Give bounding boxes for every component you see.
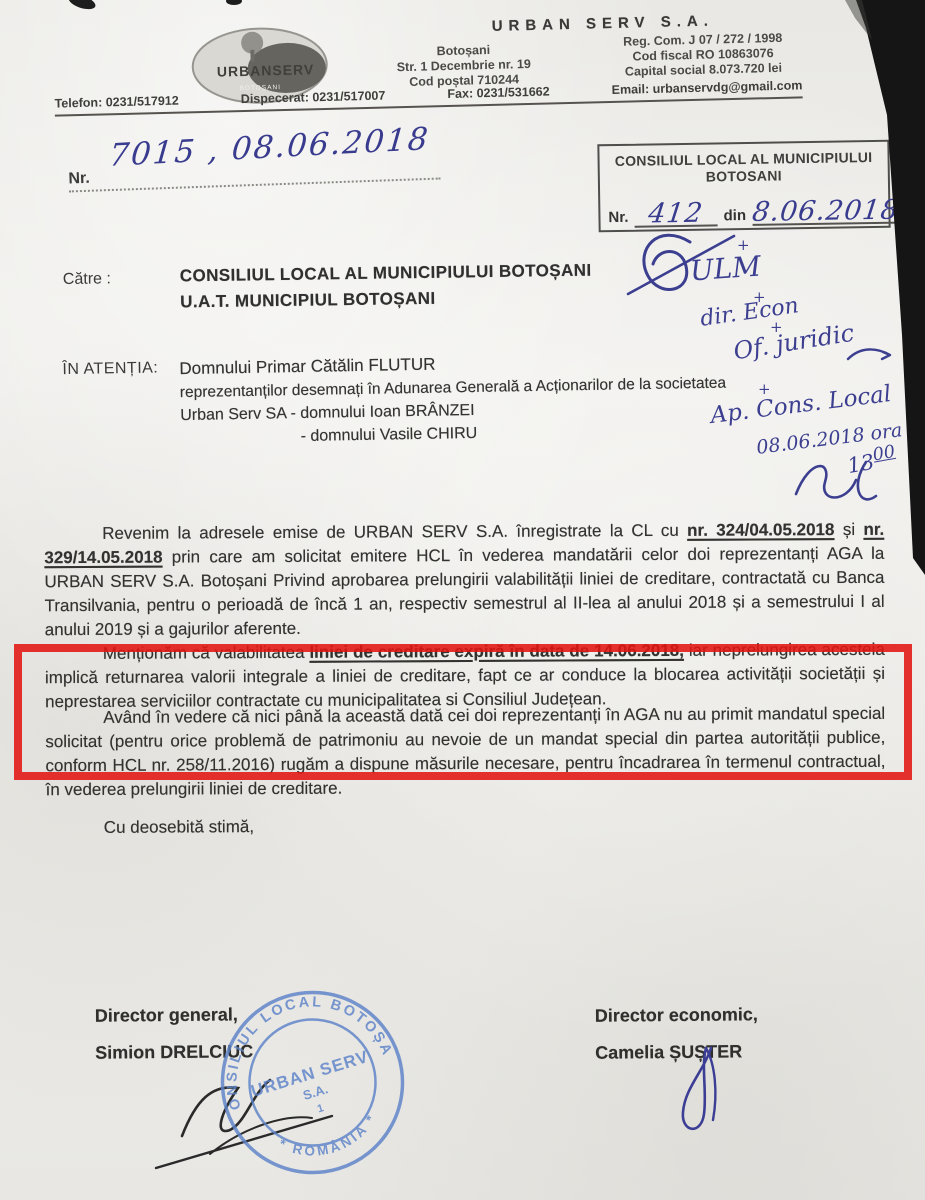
stamp-arc-bottom-text: * ROMÂNIA * [273,1107,386,1171]
right-signer-title: Director economic, [595,1004,758,1026]
company-address: Botoșani Str. 1 Decembrie nr. 19 Cod poș… [373,41,554,90]
stamp-nr-label: Nr. [608,209,628,228]
nr-label: Nr. [68,170,90,189]
director-economic-signature-icon [655,1042,747,1147]
stamp-center-line3: 1 [316,1102,325,1115]
stamp-nr-value: 412 [647,198,705,230]
curved-arrow-icon [846,345,894,367]
email-address: Email: urbanservdg@gmail.com [612,78,803,97]
fax-number: Fax: 0231/531662 [447,85,549,101]
paragraph-3: Având în vedere că nici până la această … [45,702,885,802]
scanned-letter: URBANSERV BOTOȘANI URBAN SERV S.A. Botoș… [0,0,925,1200]
closing-line: Cu deosebită stimă, [46,812,886,840]
registration-stamp-box: CONSILIUL LOCAL AL MUNICIPIULUI BOTOSANI… [597,140,890,233]
svg-text:* ROMÂNIA *: * ROMÂNIA * [273,1107,386,1171]
company-registry: Reg. Com. J 07 / 272 / 1998 Cod fiscal R… [595,30,811,80]
stamp-number-row: Nr. 412 din 8.06.2018 [608,191,882,228]
stamp-date-value: 8.06.2018 [750,195,900,228]
annotation-ulm: ULM [689,250,762,288]
attention-label: ÎN ATENȚIA: [62,359,158,379]
stamp-din-label: din [723,207,746,226]
dispatch-number: Dispecerat: 0231/517007 [241,89,386,107]
handwritten-initials-icon [778,452,893,514]
phone-number: Telefon: 0231/517912 [54,94,178,111]
paragraph-1: Revenim la adresele emise de URBAN SERV … [44,518,885,642]
logo-text: URBANSERV [217,61,315,79]
letter-body: Revenim la adresele emise de URBAN SERV … [44,518,886,840]
catre-label: Către : [63,270,111,289]
